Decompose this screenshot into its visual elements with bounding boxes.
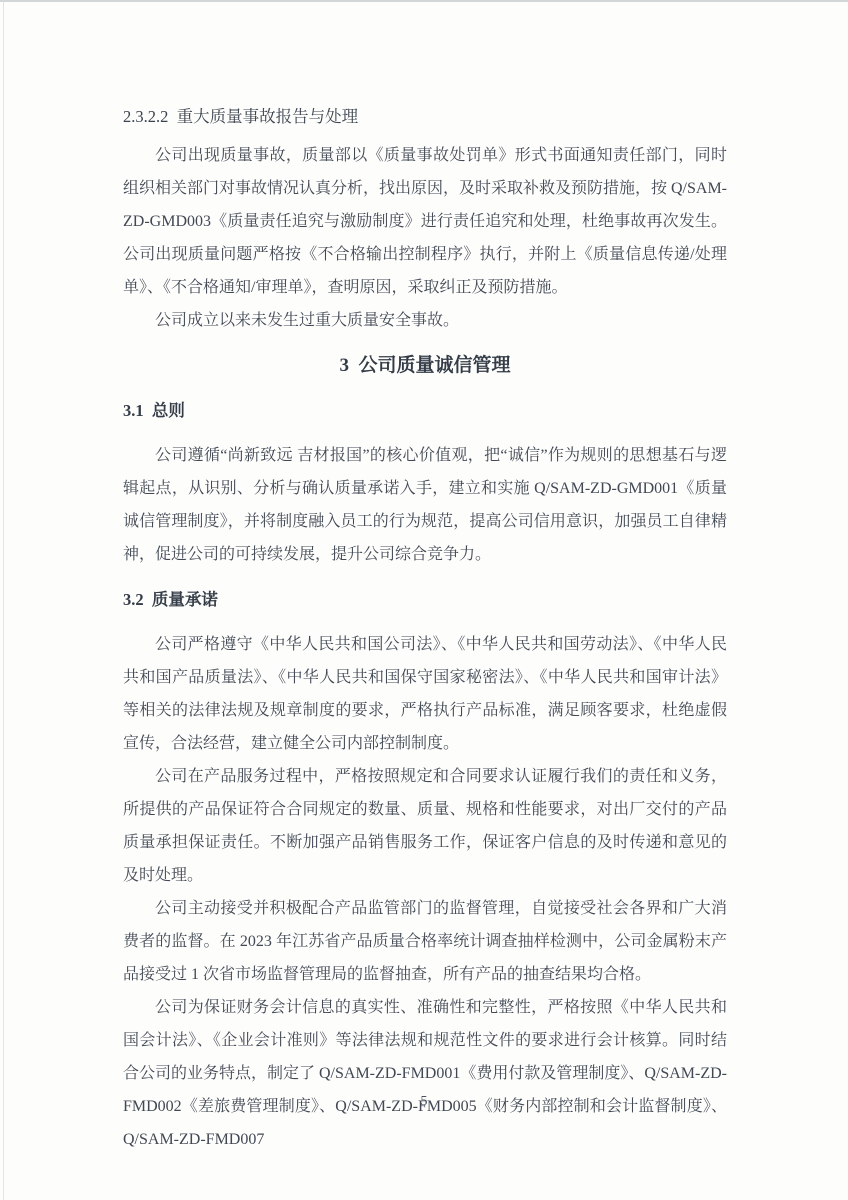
heading-2-3-2-2: 2.3.2.2 重大质量事故报告与处理 xyxy=(123,100,727,133)
paragraph-3-2-supervision: 公司主动接受并积极配合产品监管部门的监督管理，自觉接受社会各界和广大消费者的监督… xyxy=(123,892,727,991)
paragraph-3-2-financial-accounting: 公司为保证财务会计信息的真实性、准确性和完整性，严格按照《中华人民共和国会计法》… xyxy=(123,991,727,1156)
page-content: 2.3.2.2 重大质量事故报告与处理 公司出现质量事故，质量部以《质量事故处罚… xyxy=(123,100,727,1156)
document-page: 2.3.2.2 重大质量事故报告与处理 公司出现质量事故，质量部以《质量事故处罚… xyxy=(0,0,848,1200)
paragraph-quality-accident-handling: 公司出现质量事故，质量部以《质量事故处罚单》形式书面通知责任部门，同时组织相关部… xyxy=(123,139,727,304)
heading-3-1: 3.1 总则 xyxy=(123,394,727,427)
paragraph-3-2-product-service: 公司在产品服务过程中，严格按照规定和合同要求认证履行我们的责任和义务，所提供的产… xyxy=(123,760,727,892)
heading-3-2: 3.2 质量承诺 xyxy=(123,583,727,616)
scan-artifact-top-edge xyxy=(0,0,848,2)
paragraph-3-1-general-principles: 公司遵循“尚新致远 吉材报国”的核心价值观，把“诚信”作为规则的思想基石与逻辑起… xyxy=(123,439,727,571)
paragraph-no-major-accident: 公司成立以来未发生过重大质量安全事故。 xyxy=(123,304,727,337)
paragraph-3-2-laws-compliance: 公司严格遵守《中华人民共和国公司法》、《中华人民共和国劳动法》、《中华人民共和国… xyxy=(123,628,727,760)
page-number: 5 xyxy=(0,1092,848,1112)
heading-chapter-3: 3 公司质量诚信管理 xyxy=(123,349,727,382)
scan-artifact-left-edge xyxy=(3,0,4,1200)
